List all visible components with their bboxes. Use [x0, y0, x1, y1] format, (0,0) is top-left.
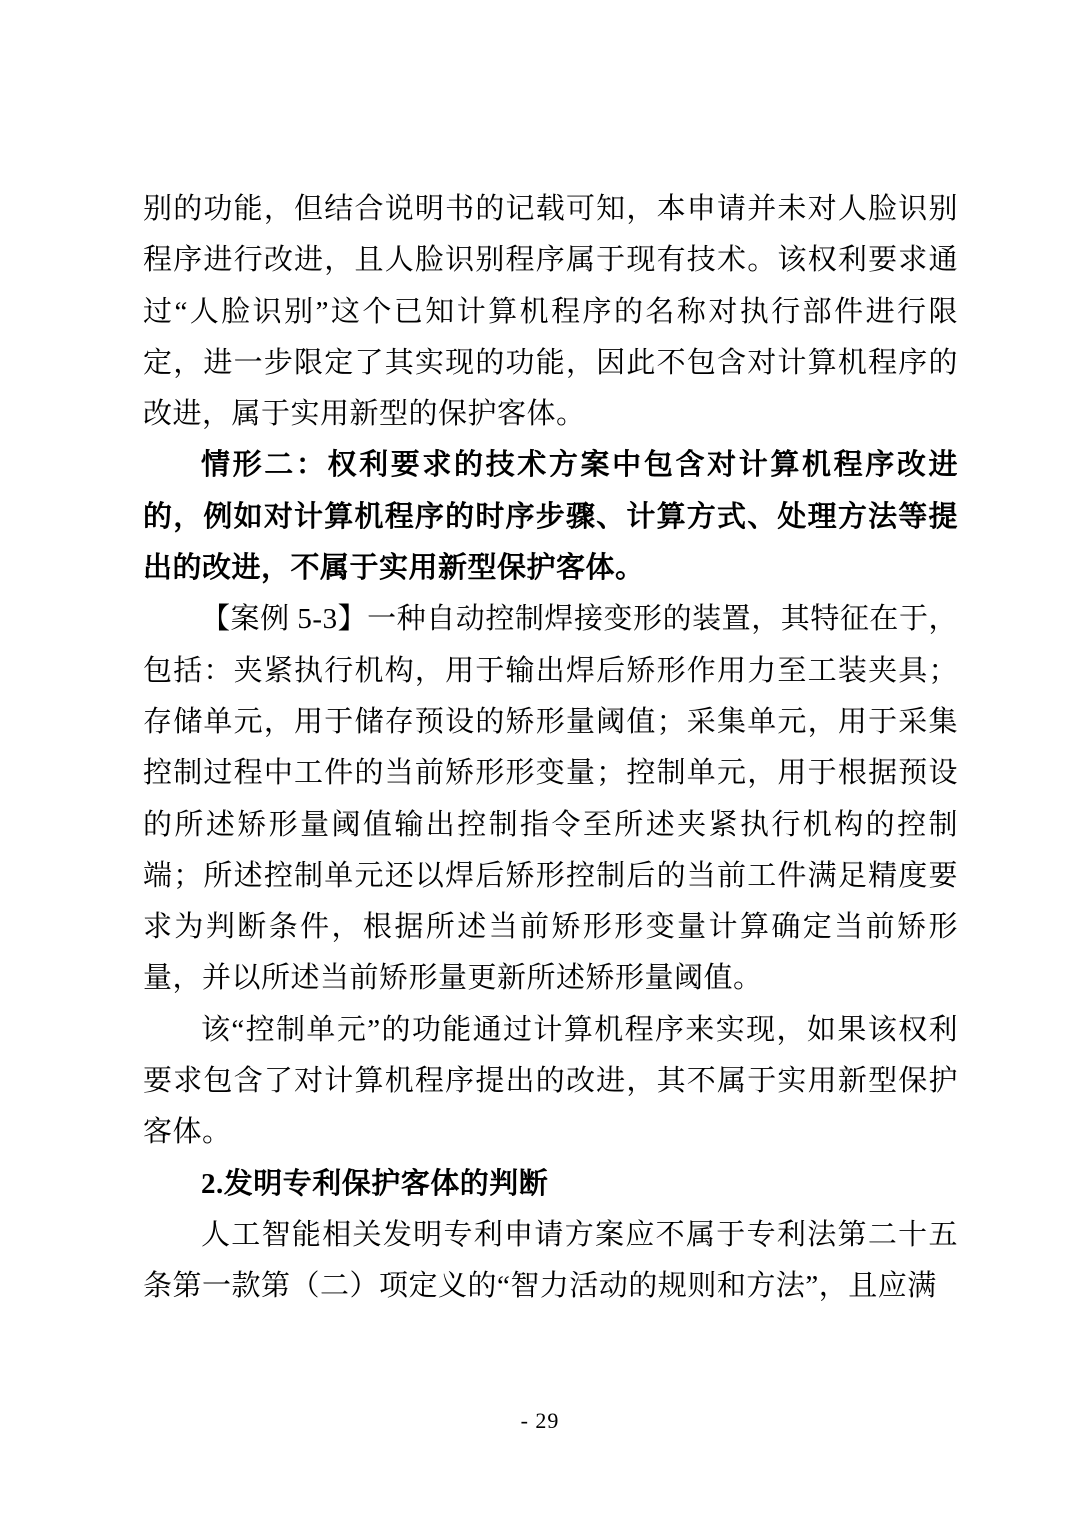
document-text-block: 别的功能，但结合说明书的记载可知，本申请并未对人脸识别程序进行改进，且人脸识别程…	[143, 184, 958, 1313]
page-number: - 29	[0, 1408, 1080, 1434]
document-page: 别的功能，但结合说明书的记载可知，本申请并未对人脸识别程序进行改进，且人脸识别程…	[0, 0, 1080, 1527]
paragraph-situation-2: 情形二：权利要求的技术方案中包含对计算机程序改进的，例如对计算机程序的时序步骤、…	[143, 440, 958, 594]
paragraph-ai-invention: 人工智能相关发明专利申请方案应不属于专利法第二十五条第一款第（二）项定义的“智力…	[143, 1210, 958, 1313]
paragraph-case-5-3: 【案例 5-3】一种自动控制焊接变形的装置，其特征在于，包括：夹紧执行机构，用于…	[143, 594, 958, 1004]
paragraph-continuation: 别的功能，但结合说明书的记载可知，本申请并未对人脸识别程序进行改进，且人脸识别程…	[143, 184, 958, 440]
heading-section-2: 2.发明专利保护客体的判断	[143, 1159, 958, 1210]
paragraph-control-unit: 该“控制单元”的功能通过计算机程序来实现，如果该权利要求包含了对计算机程序提出的…	[143, 1005, 958, 1159]
